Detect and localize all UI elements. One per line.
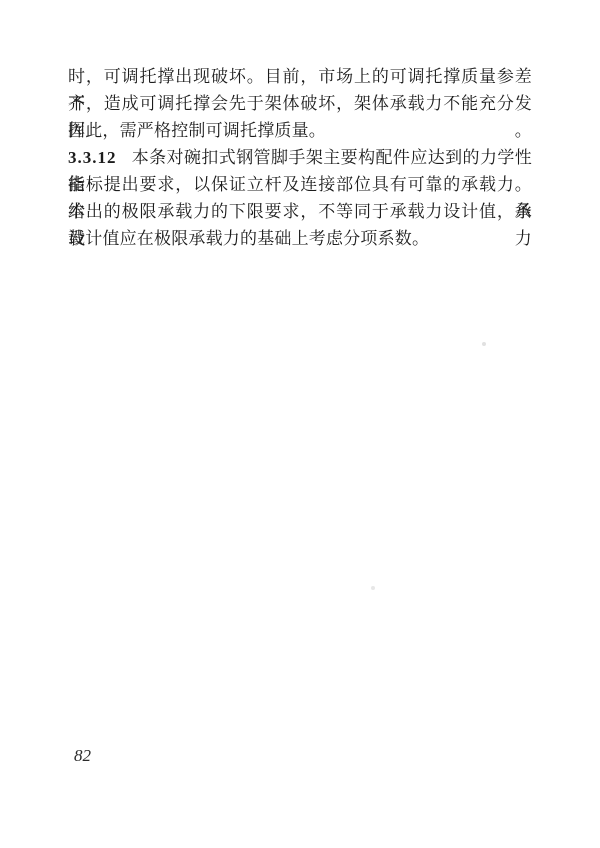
text-line: 给出的极限承载力的下限要求，不等同于承载力设计值，承载力 bbox=[68, 198, 532, 225]
text-line: 时，可调托撑出现破坏。目前，市场上的可调托撑质量参差不 bbox=[68, 63, 532, 90]
paragraph-commentary-1: 时，可调托撑出现破坏。目前，市场上的可调托撑质量参差不 齐，造成可调托撑会先于架… bbox=[68, 63, 532, 144]
clause-number: 3.3.12 bbox=[68, 148, 117, 167]
page-number: 82 bbox=[74, 746, 91, 766]
text-line: 指标提出要求，以保证立杆及连接部位具有可靠的承载力。本条 bbox=[68, 171, 532, 198]
scan-speck bbox=[371, 586, 375, 590]
paragraph-commentary-2: 3.3.12本条对碗扣式钢管脚手架主要构配件应达到的力学性能 指标提出要求，以保… bbox=[68, 144, 532, 252]
body-text-block: 时，可调托撑出现破坏。目前，市场上的可调托撑质量参差不 齐，造成可调托撑会先于架… bbox=[68, 63, 532, 252]
document-page: 时，可调托撑出现破坏。目前，市场上的可调托撑质量参差不 齐，造成可调托撑会先于架… bbox=[0, 0, 600, 848]
text-line: 齐，造成可调托撑会先于架体破坏，架体承载力不能充分发挥。 bbox=[68, 90, 532, 117]
text-line-with-clause-number: 3.3.12本条对碗扣式钢管脚手架主要构配件应达到的力学性能 bbox=[68, 144, 532, 171]
scan-speck bbox=[482, 342, 486, 346]
